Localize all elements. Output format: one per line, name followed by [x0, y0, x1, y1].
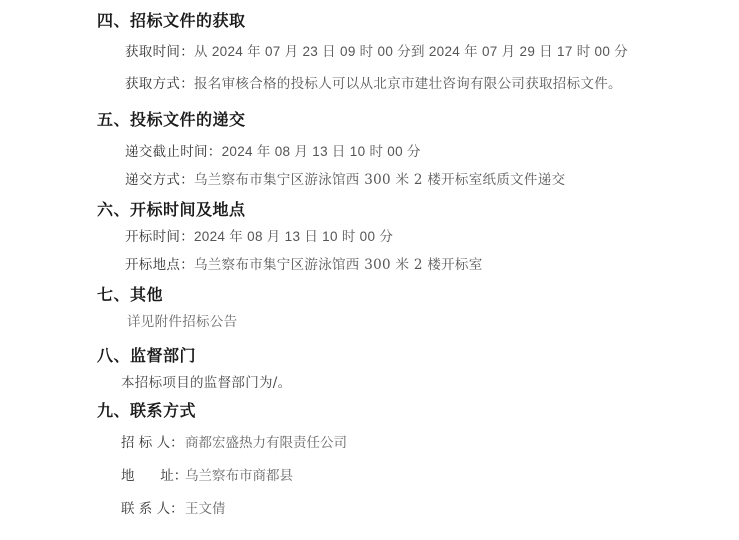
- acquire-method-label: 获取方式：: [125, 76, 194, 92]
- contact-person-line: 联 系 人：王文倩: [121, 497, 226, 517]
- tenderer-label: 招 标 人：: [121, 431, 185, 451]
- contact-address-line: 地 址：乌兰察布市商都县: [121, 464, 293, 484]
- opening-place-label: 开标地点：: [125, 257, 194, 273]
- address-label: 地 址：: [121, 464, 185, 484]
- opening-time-value: 2024 年 08 月 13 日 10 时 00 分: [194, 229, 393, 244]
- submit-method-line: 递交方式：乌兰察布市集宁区游泳馆西 300 米 2 楼开标室纸质文件递交: [125, 168, 565, 188]
- heading-section-9: 九、联系方式: [97, 398, 196, 421]
- contact-tenderer-line: 招 标 人：商都宏盛热力有限责任公司: [121, 431, 347, 451]
- contact-person-label: 联 系 人：: [121, 497, 185, 517]
- heading-section-5: 五、投标文件的递交: [97, 107, 246, 130]
- submit-method-label: 递交方式：: [125, 172, 194, 188]
- submit-deadline-line: 递交截止时间：2024 年 08 月 13 日 10 时 00 分: [125, 140, 421, 160]
- heading-section-7: 七、其他: [97, 282, 163, 305]
- opening-time-label: 开标时间：: [125, 229, 194, 245]
- submit-method-value: 乌兰察布市集宁区游泳馆西 300 米 2 楼开标室纸质文件递交: [194, 172, 565, 188]
- address-value: 乌兰察布市商都县: [185, 468, 293, 484]
- submit-deadline-value: 2024 年 08 月 13 日 10 时 00 分: [222, 144, 421, 159]
- submit-deadline-label: 递交截止时间：: [125, 144, 222, 160]
- opening-place-value: 乌兰察布市集宁区游泳馆西 300 米 2 楼开标室: [194, 257, 483, 273]
- heading-section-4: 四、招标文件的获取: [97, 8, 246, 31]
- tenderer-value: 商都宏盛热力有限责任公司: [185, 435, 347, 451]
- opening-time-line: 开标时间：2024 年 08 月 13 日 10 时 00 分: [125, 225, 393, 245]
- acquire-time-label: 获取时间：: [125, 44, 194, 60]
- contact-person-value: 王文倩: [185, 501, 226, 517]
- acquire-method-line: 获取方式：报名审核合格的投标人可以从北京市建壮咨询有限公司获取招标文件。: [125, 72, 622, 92]
- supervision-text: 本招标项目的监督部门为/。: [121, 371, 291, 391]
- heading-section-8: 八、监督部门: [97, 343, 196, 366]
- acquire-method-value: 报名审核合格的投标人可以从北京市建壮咨询有限公司获取招标文件。: [194, 76, 622, 92]
- other-text: 详见附件招标公告: [127, 310, 237, 330]
- acquire-time-line: 获取时间：从 2024 年 07 月 23 日 09 时 00 分到 2024 …: [125, 40, 628, 60]
- opening-place-line: 开标地点：乌兰察布市集宁区游泳馆西 300 米 2 楼开标室: [125, 253, 483, 273]
- heading-section-6: 六、开标时间及地点: [97, 197, 246, 220]
- acquire-time-value: 从 2024 年 07 月 23 日 09 时 00 分到 2024 年 07 …: [194, 44, 628, 59]
